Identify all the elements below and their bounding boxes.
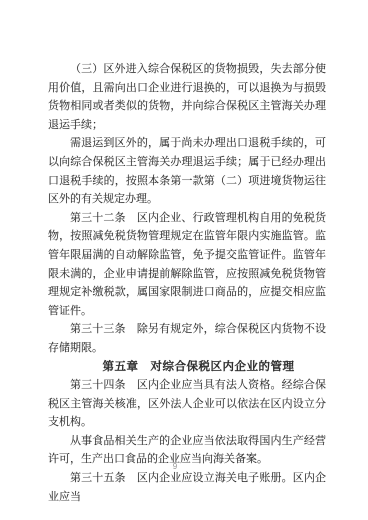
page-number: 9: [167, 462, 183, 471]
paragraph-food-production: 从事食品相关生产的企业应当依法取得国内生产经营许可，生产出口食品的企业应当向海关…: [48, 432, 326, 469]
paragraph-article-32: 第三十二条 区内企业、行政管理机构自用的免税货物，按照减免税货物管理规定在监管年…: [48, 209, 326, 321]
paragraph-article-35: 第三十五条 区内企业应设立海关电子账册。区内企业应当: [48, 469, 326, 506]
document-page: （三）区外进入综合保税区的货物损毁，失去部分使用价值，且需向出口企业进行退换的，…: [0, 0, 368, 520]
paragraph-article-33: 第三十三条 除另有规定外，综合保税区内货物不设存储期限。: [48, 320, 326, 357]
paragraph-article-34: 第三十四条 区内企业应当具有法人资格。经综合保税区主管海关核准，区外法人企业可以…: [48, 376, 326, 432]
paragraph-item-3-goods-damaged: （三）区外进入综合保税区的货物损毁，失去部分使用价值，且需向出口企业进行退换的，…: [48, 60, 326, 134]
document-body: （三）区外进入综合保税区的货物损毁，失去部分使用价值，且需向出口企业进行退换的，…: [48, 60, 326, 506]
chapter-heading: 第五章 对综合保税区内企业的管理: [48, 358, 326, 377]
paragraph-return-transport-outside-zone: 需退运到区外的，属于尚未办理出口退税手续的，可以向综合保税区主管海关办理退运手续…: [48, 134, 326, 208]
